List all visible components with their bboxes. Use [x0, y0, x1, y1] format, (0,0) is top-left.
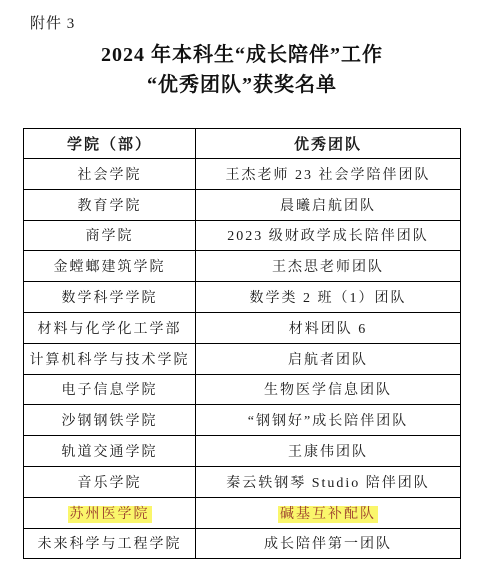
table-row: 电子信息学院生物医学信息团队: [24, 374, 461, 405]
college-text: 社会学院: [78, 168, 142, 183]
college-cell: 电子信息学院: [24, 374, 196, 405]
table-row: 轨道交通学院王康伟团队: [24, 436, 461, 467]
college-text: 教育学院: [78, 199, 142, 214]
college-text: 商学院: [86, 229, 134, 244]
table-row: 材料与化学化工学部材料团队 6: [24, 312, 461, 343]
team-text: 王杰思老师团队: [272, 260, 384, 275]
college-cell: 苏州医学院: [24, 497, 196, 528]
team-text: 2023 级财政学成长陪伴团队: [227, 229, 429, 244]
college-cell: 轨道交通学院: [24, 436, 196, 467]
team-text: 王杰老师 23 社会学陪伴团队: [226, 168, 431, 183]
team-text: 材料团队 6: [289, 322, 368, 337]
table-row: 金螳螂建筑学院王杰思老师团队: [24, 251, 461, 282]
table-body: 社会学院王杰老师 23 社会学陪伴团队教育学院晨曦启航团队商学院2023 级财政…: [24, 159, 461, 559]
college-cell: 音乐学院: [24, 466, 196, 497]
college-cell: 沙钢钢铁学院: [24, 405, 196, 436]
team-cell: 王康伟团队: [196, 436, 461, 467]
team-text: 碱基互补配队: [278, 506, 378, 523]
team-cell: 启航者团队: [196, 343, 461, 374]
college-text: 材料与化学化工学部: [38, 322, 182, 337]
team-text: 生物医学信息团队: [264, 383, 392, 398]
college-column-header: 学院（部）: [24, 129, 196, 159]
college-text: 未来科学与工程学院: [38, 537, 182, 552]
college-cell: 未来科学与工程学院: [24, 528, 196, 559]
team-text: 秦云轶钢琴 Studio 陪伴团队: [226, 476, 430, 491]
table-row: 未来科学与工程学院成长陪伴第一团队: [24, 528, 461, 559]
college-cell: 教育学院: [24, 189, 196, 220]
page-title: 2024 年本科生“成长陪伴”工作 “优秀团队”获奖名单: [0, 40, 484, 100]
college-cell: 数学科学学院: [24, 282, 196, 313]
team-text: 数学类 2 班（1）团队: [250, 291, 407, 306]
college-text: 苏州医学院: [68, 506, 152, 523]
college-cell: 社会学院: [24, 159, 196, 190]
table-row: 教育学院晨曦启航团队: [24, 189, 461, 220]
table-row: 沙钢钢铁学院“钢钢好”成长陪伴团队: [24, 405, 461, 436]
team-cell: “钢钢好”成长陪伴团队: [196, 405, 461, 436]
team-cell: 秦云轶钢琴 Studio 陪伴团队: [196, 466, 461, 497]
team-cell: 生物医学信息团队: [196, 374, 461, 405]
table-row: 计算机科学与技术学院启航者团队: [24, 343, 461, 374]
team-cell: 王杰老师 23 社会学陪伴团队: [196, 159, 461, 190]
college-text: 沙钢钢铁学院: [62, 414, 158, 429]
team-text: “钢钢好”成长陪伴团队: [248, 414, 408, 429]
team-column-header: 优秀团队: [196, 129, 461, 159]
team-cell: 数学类 2 班（1）团队: [196, 282, 461, 313]
document-page: 附件 3 2024 年本科生“成长陪伴”工作 “优秀团队”获奖名单 学院（部） …: [0, 0, 484, 585]
team-text: 晨曦启航团队: [280, 199, 376, 214]
team-cell: 成长陪伴第一团队: [196, 528, 461, 559]
team-cell: 2023 级财政学成长陪伴团队: [196, 220, 461, 251]
team-text: 成长陪伴第一团队: [264, 537, 392, 552]
table-row: 音乐学院秦云轶钢琴 Studio 陪伴团队: [24, 466, 461, 497]
attachment-label: 附件 3: [30, 12, 75, 33]
college-text: 数学科学学院: [62, 291, 158, 306]
college-text: 电子信息学院: [62, 383, 158, 398]
team-cell: 碱基互补配队: [196, 497, 461, 528]
title-line-1: 2024 年本科生“成长陪伴”工作: [101, 44, 383, 66]
college-text: 计算机科学与技术学院: [30, 353, 190, 368]
table-row: 苏州医学院碱基互补配队: [24, 497, 461, 528]
team-cell: 晨曦启航团队: [196, 189, 461, 220]
team-cell: 王杰思老师团队: [196, 251, 461, 282]
table-header-row: 学院（部） 优秀团队: [24, 129, 461, 159]
college-cell: 计算机科学与技术学院: [24, 343, 196, 374]
college-cell: 材料与化学化工学部: [24, 312, 196, 343]
college-text: 轨道交通学院: [62, 445, 158, 460]
college-cell: 商学院: [24, 220, 196, 251]
college-text: 音乐学院: [78, 476, 142, 491]
team-text: 启航者团队: [288, 353, 368, 368]
title-line-2: “优秀团队”获奖名单: [147, 74, 337, 96]
award-table: 学院（部） 优秀团队 社会学院王杰老师 23 社会学陪伴团队教育学院晨曦启航团队…: [23, 128, 461, 559]
college-text: 金螳螂建筑学院: [54, 260, 166, 275]
table-row: 数学科学学院数学类 2 班（1）团队: [24, 282, 461, 313]
table-row: 社会学院王杰老师 23 社会学陪伴团队: [24, 159, 461, 190]
table-row: 商学院2023 级财政学成长陪伴团队: [24, 220, 461, 251]
team-cell: 材料团队 6: [196, 312, 461, 343]
team-text: 王康伟团队: [288, 445, 368, 460]
college-cell: 金螳螂建筑学院: [24, 251, 196, 282]
